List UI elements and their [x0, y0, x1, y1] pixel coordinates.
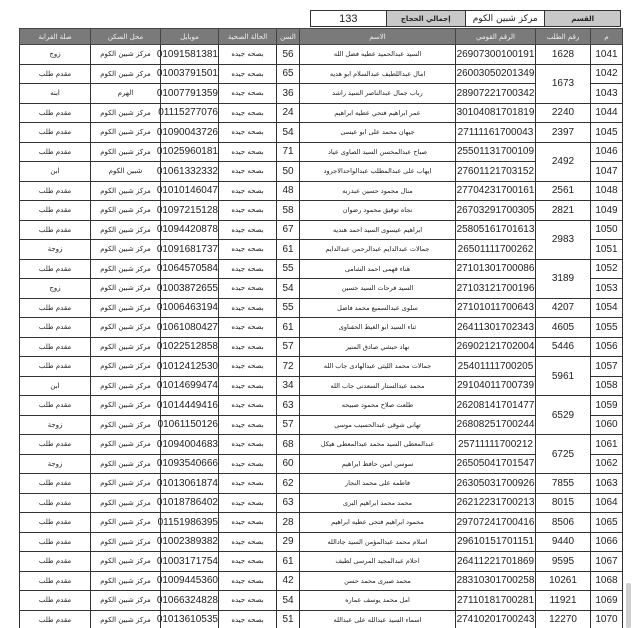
request-no-cell: 1628 [536, 45, 591, 65]
health-cell: بصحه جيده [219, 552, 277, 572]
col-relation: صلة القرابة [20, 29, 91, 45]
mobile-cell: 01025960181 [161, 142, 219, 162]
mobile-cell: 01091581381 [161, 45, 219, 65]
residence-cell: مركز شبين الكوم [91, 279, 161, 299]
health-cell: بصحه جيده [219, 415, 277, 435]
serial-cell: 1057 [591, 357, 623, 377]
request-no-cell: 2240 [536, 103, 591, 123]
request-no-cell: 5961 [536, 357, 591, 396]
serial-cell: 1058 [591, 376, 623, 396]
health-cell: بصحه جيده [219, 357, 277, 377]
health-cell: بصحه جيده [219, 181, 277, 201]
residence-cell: مركز شبين الكوم [91, 240, 161, 260]
age-cell: 57 [277, 415, 300, 435]
name-cell: ايهاب على عبدالمطلب عبدالواحدالاجرود [300, 162, 456, 182]
national-id-cell: 29104011700739 [456, 376, 536, 396]
residence-cell: مركز شبين الكوم [91, 552, 161, 572]
request-no-cell: 11921 [536, 591, 591, 611]
request-no-cell: 7855 [536, 474, 591, 494]
age-cell: 62 [277, 474, 300, 494]
national-id-cell: 26411221701869 [456, 552, 536, 572]
health-cell: بصحه جيده [219, 84, 277, 104]
total-pilgrims-label: إجمالي الحجاج [386, 11, 465, 26]
residence-cell: مركز شبين الكوم [91, 532, 161, 552]
table-row: 1052318927101301700086هناء فهمى احمد الش… [20, 259, 623, 279]
name-cell: جيهان محمد على ابو عيسى [300, 123, 456, 143]
national-id-cell: 30104081701819 [456, 103, 536, 123]
vertical-scrollbar[interactable] [626, 583, 631, 628]
national-id-cell: 27410201700243 [456, 610, 536, 628]
table-row: 105126501111700262جمالات عبدالدايم عبدال… [20, 240, 623, 260]
name-cell: اسلام محمد عبدالمؤمن السيد جادالله [300, 532, 456, 552]
residence-cell: مركز شبين الكوم [91, 474, 161, 494]
national-id-cell: 26212231700213 [456, 493, 536, 513]
request-no-cell: 3189 [536, 259, 591, 298]
table-row: 1041162826907300100191السيد عبدالحميد عط… [20, 45, 623, 65]
col-age: السن [277, 29, 300, 45]
request-no-cell: 2561 [536, 181, 591, 201]
age-cell: 63 [277, 396, 300, 416]
request-no-cell: 8506 [536, 513, 591, 533]
table-row: 1057596125401111700205جمالات محمد الليثى… [20, 357, 623, 377]
residence-cell: مركز شبين الكوم [91, 591, 161, 611]
residence-cell: مركز شبين الكوم [91, 103, 161, 123]
name-cell: منال محمود حسين عبدربه [300, 181, 456, 201]
mobile-cell: 01002389382 [161, 532, 219, 552]
name-cell: سوسن امين حافظ ابراهيم [300, 454, 456, 474]
relation-cell: زوجة [20, 415, 91, 435]
relation-cell: مقدم طلب [20, 103, 91, 123]
residence-cell: مركز شبين الكوم [91, 396, 161, 416]
serial-cell: 1062 [591, 454, 623, 474]
mobile-cell: 01090043726 [161, 123, 219, 143]
mobile-cell: 01061150126 [161, 415, 219, 435]
health-cell: بصحه جيده [219, 103, 277, 123]
serial-cell: 1060 [591, 415, 623, 435]
age-cell: 42 [277, 571, 300, 591]
health-cell: بصحه جيده [219, 376, 277, 396]
serial-cell: 1043 [591, 84, 623, 104]
table-row: 1055460526411301702343ثناء السيد ابو الغ… [20, 318, 623, 338]
mobile-cell: 01013061874 [161, 474, 219, 494]
table-row: 1063785526305031700926فاطمه على محمد الن… [20, 474, 623, 494]
residence-cell: مركز شبين الكوم [91, 415, 161, 435]
relation-cell: مقدم طلب [20, 220, 91, 240]
col-request-no: رقم الطلب [536, 29, 591, 45]
table-row: 1067959526411221701869احلام عبدالمجيد ال… [20, 552, 623, 572]
residence-cell: مركز شبين الكوم [91, 435, 161, 455]
name-cell: جمالات عبدالدايم عبدالرحمن عبدالدايم [300, 240, 456, 260]
national-id-cell: 26411301702343 [456, 318, 536, 338]
table-row: 10701227027410201700243اسماء السيد عبدال… [20, 610, 623, 628]
table-row: 1065850629707241700416محمود ابراهيم فتحى… [20, 513, 623, 533]
health-cell: بصحه جيده [219, 142, 277, 162]
health-cell: بصحه جيده [219, 454, 277, 474]
serial-cell: 1067 [591, 552, 623, 572]
col-residence: محل السكن [91, 29, 161, 45]
col-national-id: الرقم القومي [456, 29, 536, 45]
health-cell: بصحه جيده [219, 435, 277, 455]
health-cell: بصحه جيده [219, 396, 277, 416]
relation-cell: ابن [20, 162, 91, 182]
age-cell: 68 [277, 435, 300, 455]
table-body: 1041162826907300100191السيد عبدالحميد عط… [20, 45, 623, 628]
national-id-cell: 25501131700109 [456, 142, 536, 162]
age-cell: 58 [277, 201, 300, 221]
relation-cell: مقدم طلب [20, 201, 91, 221]
health-cell: بصحه جيده [219, 201, 277, 221]
residence-cell: مركز شبين الكوم [91, 571, 161, 591]
serial-cell: 1048 [591, 181, 623, 201]
health-cell: بصحه جيده [219, 259, 277, 279]
national-id-cell: 25711111700212 [456, 435, 536, 455]
national-id-cell: 26703291700305 [456, 201, 536, 221]
age-cell: 63 [277, 493, 300, 513]
col-mobile: موبايل [161, 29, 219, 45]
health-cell: بصحه جيده [219, 279, 277, 299]
request-no-cell: 5446 [536, 337, 591, 357]
serial-cell: 1049 [591, 201, 623, 221]
name-cell: تهانى شوقى عبدالحسيب موسى [300, 415, 456, 435]
name-cell: عبدالمعطى السيد محمد عبدالمعطى هيكل [300, 435, 456, 455]
name-cell: نهاد حبشي صادق المنير [300, 337, 456, 357]
residence-cell: شبين الكوم [91, 162, 161, 182]
request-no-cell: 6725 [536, 435, 591, 474]
residence-cell: مركز شبين الكوم [91, 318, 161, 338]
residence-cell: مركز شبين الكوم [91, 357, 161, 377]
table-row: 1045239727111161700043جيهان محمد على ابو… [20, 123, 623, 143]
mobile-cell: 01007791359 [161, 84, 219, 104]
health-cell: بصحه جيده [219, 337, 277, 357]
national-id-cell: 27110181700281 [456, 591, 536, 611]
age-cell: 71 [277, 142, 300, 162]
mobile-cell: 01012412530 [161, 357, 219, 377]
total-pilgrims-value: 133 [311, 11, 386, 26]
relation-cell: مقدم طلب [20, 591, 91, 611]
relation-cell: مقدم طلب [20, 396, 91, 416]
serial-cell: 1055 [591, 318, 623, 338]
serial-cell: 1061 [591, 435, 623, 455]
request-no-cell: 6529 [536, 396, 591, 435]
table-row: 106226505041701547سوسن امين حافظ ابراهيم… [20, 454, 623, 474]
mobile-cell: 01014449416 [161, 396, 219, 416]
residence-cell: مركز شبين الكوم [91, 220, 161, 240]
residence-cell: مركز شبين الكوم [91, 610, 161, 628]
residence-cell: مركز شبين الكوم [91, 64, 161, 84]
health-cell: بصحه جيده [219, 64, 277, 84]
name-cell: هناء فهمى احمد الشامى [300, 259, 456, 279]
serial-cell: 1047 [591, 162, 623, 182]
national-id-cell: 27601121703152 [456, 162, 536, 182]
name-cell: احلام عبدالمجيد المرسى لطيف [300, 552, 456, 572]
request-no-cell: 10261 [536, 571, 591, 591]
residence-cell: الهرم [91, 84, 161, 104]
relation-cell: ابن [20, 376, 91, 396]
request-no-cell: 4605 [536, 318, 591, 338]
section-label: القسم [544, 11, 620, 26]
national-id-cell: 26305031700926 [456, 474, 536, 494]
national-id-cell: 26505041701547 [456, 454, 536, 474]
mobile-cell: 01115277076 [161, 103, 219, 123]
serial-cell: 1053 [591, 279, 623, 299]
table-row: 1056544626902121702004نهاد حبشي صادق الم… [20, 337, 623, 357]
serial-cell: 1059 [591, 396, 623, 416]
relation-cell: مقدم طلب [20, 474, 91, 494]
name-cell: سلوى عبدالسميع محمد فاضل [300, 298, 456, 318]
age-cell: 61 [277, 552, 300, 572]
age-cell: 54 [277, 279, 300, 299]
relation-cell: مقدم طلب [20, 318, 91, 338]
serial-cell: 1051 [591, 240, 623, 260]
health-cell: بصحه جيده [219, 162, 277, 182]
relation-cell: مقدم طلب [20, 64, 91, 84]
table-header-row: م رقم الطلب الرقم القومي الاسم السن الحا… [20, 29, 623, 45]
national-id-cell: 27103121700196 [456, 279, 536, 299]
national-id-cell: 28907221700342 [456, 84, 536, 104]
national-id-cell: 25805161701613 [456, 220, 536, 240]
name-cell: محمد صبرى محمد حسن [300, 571, 456, 591]
mobile-cell: 01097215128 [161, 201, 219, 221]
health-cell: بصحه جيده [219, 610, 277, 628]
table-row: 1059652926208141701477طلعت صلاح محمود صب… [20, 396, 623, 416]
serial-cell: 1068 [591, 571, 623, 591]
request-no-cell: 9595 [536, 552, 591, 572]
mobile-cell: 01061080427 [161, 318, 219, 338]
age-cell: 36 [277, 84, 300, 104]
mobile-cell: 01006463194 [161, 298, 219, 318]
mobile-cell: 01091681737 [161, 240, 219, 260]
health-cell: بصحه جيده [219, 513, 277, 533]
name-cell: محمد محمد ابراهيم البرى [300, 493, 456, 513]
relation-cell: مقدم طلب [20, 142, 91, 162]
national-id-cell: 26501111700262 [456, 240, 536, 260]
mobile-cell: 01018786402 [161, 493, 219, 513]
national-id-cell: 25401111700205 [456, 357, 536, 377]
relation-cell: ابنه [20, 84, 91, 104]
request-no-cell: 1673 [536, 64, 591, 103]
serial-cell: 1070 [591, 610, 623, 628]
serial-cell: 1069 [591, 591, 623, 611]
mobile-cell: 01094004683 [161, 435, 219, 455]
age-cell: 60 [277, 454, 300, 474]
residence-cell: مركز شبين الكوم [91, 45, 161, 65]
health-cell: بصحه جيده [219, 123, 277, 143]
mobile-cell: 01064570584 [161, 259, 219, 279]
name-cell: السيد عبدالحميد عطيه فضل الله [300, 45, 456, 65]
request-no-cell: 9440 [536, 532, 591, 552]
name-cell: اسماء السيد عبدالله على عبدالله [300, 610, 456, 628]
age-cell: 48 [277, 181, 300, 201]
national-id-cell: 26808251700244 [456, 415, 536, 435]
health-cell: بصحه جيده [219, 220, 277, 240]
name-cell: امال عبداللطيف عبدالسلام ابو هديه [300, 64, 456, 84]
relation-cell: زوجة [20, 240, 91, 260]
name-cell: جمالات محمد الليثى عبدالهادى جاب الله [300, 357, 456, 377]
national-id-cell: 26208141701477 [456, 396, 536, 416]
table-row: 10691192127110181700281امل محمد يوسف عما… [20, 591, 623, 611]
table-row: 10681026128310301700258محمد صبرى محمد حس… [20, 571, 623, 591]
health-cell: بصحه جيده [219, 298, 277, 318]
residence-cell: مركز شبين الكوم [91, 513, 161, 533]
residence-cell: مركز شبين الكوم [91, 493, 161, 513]
table-row: 104328907221700342رباب جمال عبدالناصر ال… [20, 84, 623, 104]
mobile-cell: 01061332332 [161, 162, 219, 182]
serial-cell: 1066 [591, 532, 623, 552]
age-cell: 54 [277, 123, 300, 143]
request-no-cell: 2983 [536, 220, 591, 259]
serial-cell: 1045 [591, 123, 623, 143]
relation-cell: مقدم طلب [20, 493, 91, 513]
name-cell: السيد فرحات السيد حسين [300, 279, 456, 299]
national-id-cell: 26003050201349 [456, 64, 536, 84]
age-cell: 61 [277, 240, 300, 260]
serial-cell: 1064 [591, 493, 623, 513]
table-row: 106026808251700244تهانى شوقى عبدالحسيب م… [20, 415, 623, 435]
residence-cell: مركز شبين الكوم [91, 454, 161, 474]
residence-cell: مركز شبين الكوم [91, 181, 161, 201]
age-cell: 67 [277, 220, 300, 240]
residence-cell: مركز شبين الكوم [91, 123, 161, 143]
serial-cell: 1050 [591, 220, 623, 240]
national-id-cell: 29610151701151 [456, 532, 536, 552]
age-cell: 61 [277, 318, 300, 338]
national-id-cell: 26907300100191 [456, 45, 536, 65]
national-id-cell: 27111161700043 [456, 123, 536, 143]
summary-bar: القسم مركز شبين الكوم إجمالي الحجاج 133 [310, 10, 621, 27]
age-cell: 50 [277, 162, 300, 182]
col-serial: م [591, 29, 623, 45]
name-cell: فاطمه على محمد النجار [300, 474, 456, 494]
col-name: الاسم [300, 29, 456, 45]
health-cell: بصحه جيده [219, 318, 277, 338]
serial-cell: 1056 [591, 337, 623, 357]
mobile-cell: 01009445360 [161, 571, 219, 591]
serial-cell: 1052 [591, 259, 623, 279]
relation-cell: زوجة [20, 454, 91, 474]
age-cell: 51 [277, 610, 300, 628]
table-row: 104727601121703152ايهاب على عبدالمطلب عب… [20, 162, 623, 182]
age-cell: 55 [277, 298, 300, 318]
health-cell: بصحه جيده [219, 493, 277, 513]
national-id-cell: 28310301700258 [456, 571, 536, 591]
age-cell: 24 [277, 103, 300, 123]
relation-cell: مقدم طلب [20, 552, 91, 572]
health-cell: بصحه جيده [219, 240, 277, 260]
residence-cell: مركز شبين الكوم [91, 142, 161, 162]
relation-cell: مقدم طلب [20, 513, 91, 533]
residence-cell: مركز شبين الكوم [91, 201, 161, 221]
residence-cell: مركز شبين الكوم [91, 376, 161, 396]
mobile-cell: 01010146047 [161, 181, 219, 201]
mobile-cell: 01066324828 [161, 591, 219, 611]
relation-cell: زوج [20, 279, 91, 299]
table-row: 1044224030104081701819عمر ابراهيم فتحي ع… [20, 103, 623, 123]
table-row: 1046249225501131700109صباح عبدالمحسن الس… [20, 142, 623, 162]
age-cell: 56 [277, 45, 300, 65]
serial-cell: 1063 [591, 474, 623, 494]
name-cell: طلعت صلاح محمود صبيحه [300, 396, 456, 416]
residence-cell: مركز شبين الكوم [91, 298, 161, 318]
health-cell: بصحه جيده [219, 571, 277, 591]
section-value: مركز شبين الكوم [465, 11, 544, 26]
relation-cell: مقدم طلب [20, 610, 91, 628]
request-no-cell: 2492 [536, 142, 591, 181]
serial-cell: 1044 [591, 103, 623, 123]
residence-cell: مركز شبين الكوم [91, 337, 161, 357]
request-no-cell: 12270 [536, 610, 591, 628]
age-cell: 57 [277, 337, 300, 357]
table-row: 1049282126703291700305نجاه توفيق محمود ر… [20, 201, 623, 221]
table-row: 1054420727101011700643سلوى عبدالسميع محم… [20, 298, 623, 318]
national-id-cell: 27101011700643 [456, 298, 536, 318]
age-cell: 72 [277, 357, 300, 377]
age-cell: 29 [277, 532, 300, 552]
relation-cell: مقدم طلب [20, 532, 91, 552]
serial-cell: 1046 [591, 142, 623, 162]
health-cell: بصحه جيده [219, 591, 277, 611]
name-cell: صباح عبدالمحسن السيد الصاوى عياد [300, 142, 456, 162]
relation-cell: مقدم طلب [20, 571, 91, 591]
age-cell: 65 [277, 64, 300, 84]
name-cell: نجاه توفيق محمود رضوان [300, 201, 456, 221]
relation-cell: مقدم طلب [20, 259, 91, 279]
name-cell: ثناء السيد ابو الغيط الحفناوى [300, 318, 456, 338]
age-cell: 28 [277, 513, 300, 533]
mobile-cell: 01151986395 [161, 513, 219, 533]
table-row: 1064801526212231700213محمد محمد ابراهيم … [20, 493, 623, 513]
mobile-cell: 01013610535 [161, 610, 219, 628]
national-id-cell: 27101301700086 [456, 259, 536, 279]
health-cell: بصحه جيده [219, 45, 277, 65]
relation-cell: مقدم طلب [20, 357, 91, 377]
mobile-cell: 01003872655 [161, 279, 219, 299]
table-row: 105829104011700739محمد عبدالستار السعدنى… [20, 376, 623, 396]
mobile-cell: 01003171754 [161, 552, 219, 572]
age-cell: 54 [277, 591, 300, 611]
age-cell: 34 [277, 376, 300, 396]
serial-cell: 1041 [591, 45, 623, 65]
table-row: 105327103121700196السيد فرحات السيد حسين… [20, 279, 623, 299]
relation-cell: مقدم طلب [20, 181, 91, 201]
mobile-cell: 01093540666 [161, 454, 219, 474]
name-cell: محمد عبدالستار السعدنى جاب الله [300, 376, 456, 396]
relation-cell: مقدم طلب [20, 337, 91, 357]
name-cell: امل محمد يوسف عماره [300, 591, 456, 611]
serial-cell: 1065 [591, 513, 623, 533]
relation-cell: زوج [20, 45, 91, 65]
national-id-cell: 27704231700161 [456, 181, 536, 201]
table-row: 1050298325805161701613ابراهيم عيسوى السي… [20, 220, 623, 240]
health-cell: بصحه جيده [219, 532, 277, 552]
mobile-cell: 01094420878 [161, 220, 219, 240]
mobile-cell: 01003791501 [161, 64, 219, 84]
mobile-cell: 01022512858 [161, 337, 219, 357]
serial-cell: 1042 [591, 64, 623, 84]
name-cell: ابراهيم عيسوى السيد احمد هنديه [300, 220, 456, 240]
pilgrims-table: م رقم الطلب الرقم القومي الاسم السن الحا… [19, 28, 623, 628]
mobile-cell: 01014699474 [161, 376, 219, 396]
request-no-cell: 8015 [536, 493, 591, 513]
request-no-cell: 2397 [536, 123, 591, 143]
table-row: 1042167326003050201349امال عبداللطيف عبد… [20, 64, 623, 84]
request-no-cell: 4207 [536, 298, 591, 318]
residence-cell: مركز شبين الكوم [91, 259, 161, 279]
national-id-cell: 26902121702004 [456, 337, 536, 357]
health-cell: بصحه جيده [219, 474, 277, 494]
table-row: 1066944029610151701151اسلام محمد عبدالمؤ… [20, 532, 623, 552]
name-cell: رباب جمال عبدالناصر السيد راشد [300, 84, 456, 104]
age-cell: 55 [277, 259, 300, 279]
